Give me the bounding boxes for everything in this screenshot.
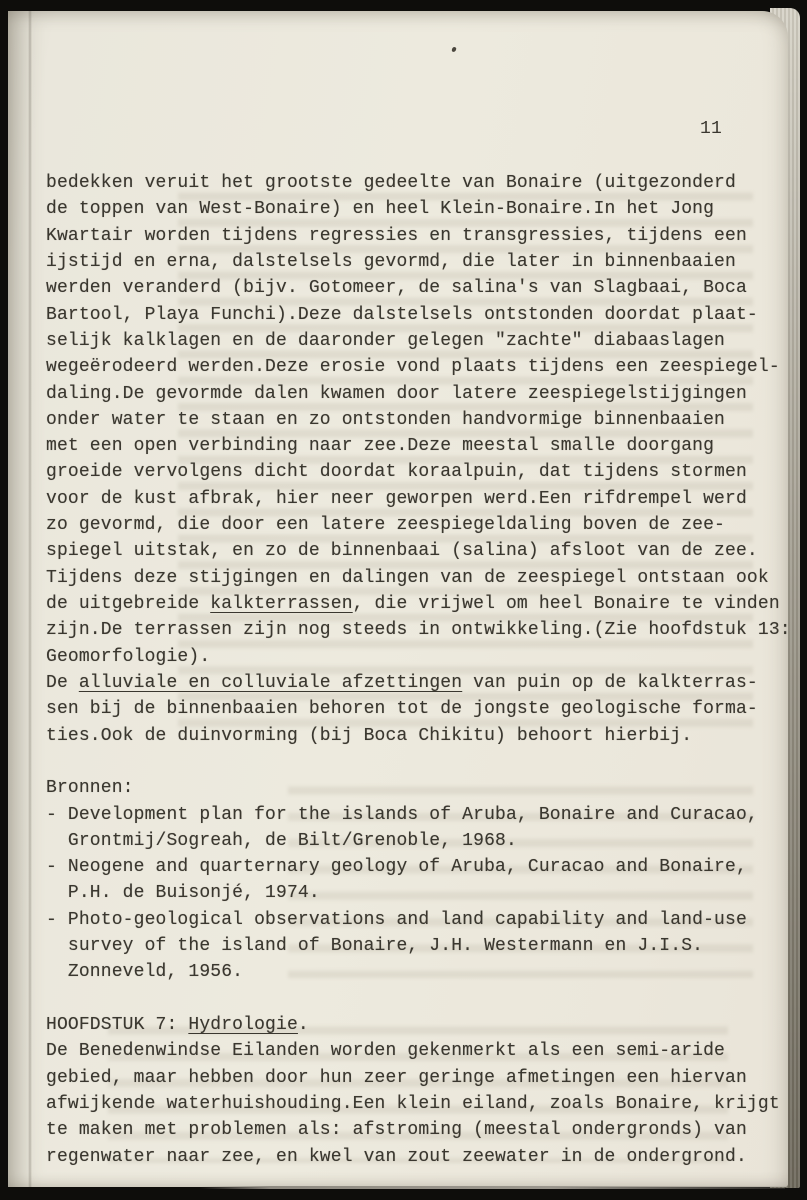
text-run: - Photo-geological observations and land… bbox=[46, 910, 747, 930]
text-run: wegeërodeerd werden.Deze erosie vond pla… bbox=[46, 357, 780, 377]
text-line: Zonneveld, 1956. bbox=[46, 962, 786, 988]
text-run: groeide vervolgens dicht doordat koraalp… bbox=[46, 462, 747, 482]
text-run: - Development plan for the islands of Ar… bbox=[46, 805, 758, 825]
text-line: Bronnen: bbox=[46, 778, 786, 804]
text-line: gebied, maar hebben door hun zeer gering… bbox=[46, 1068, 786, 1094]
text-run: daling.De gevormde dalen kwamen door lat… bbox=[46, 384, 747, 404]
text-line: Kwartair worden tijdens regressies en tr… bbox=[46, 226, 786, 252]
page-number: 11 bbox=[700, 119, 722, 139]
text-run: survey of the island of Bonaire, J.H. We… bbox=[46, 936, 703, 956]
text-run: De bbox=[46, 673, 79, 693]
text-run: Kwartair worden tijdens regressies en tr… bbox=[46, 226, 747, 246]
text-run: - Neogene and quarternary geology of Aru… bbox=[46, 857, 747, 877]
text-run: Zonneveld, 1956. bbox=[46, 962, 243, 982]
text-line: - Photo-geological observations and land… bbox=[46, 910, 786, 936]
text-line: groeide vervolgens dicht doordat koraalp… bbox=[46, 462, 786, 488]
page-bottom-edge bbox=[200, 1186, 785, 1189]
text-run: onder water te staan en zo ontstonden ha… bbox=[46, 410, 725, 430]
text-run: gebied, maar hebben door hun zeer gering… bbox=[46, 1068, 747, 1088]
text-line: Grontmij/Sogreah, de Bilt/Grenoble, 1968… bbox=[46, 831, 786, 857]
text-line: regenwater naar zee, en kwel van zout ze… bbox=[46, 1147, 786, 1173]
text-run: Bronnen: bbox=[46, 778, 134, 798]
text-run: Tijdens deze stijgingen en dalingen van … bbox=[46, 568, 769, 588]
text-line: voor de kust afbrak, hier neer geworpen … bbox=[46, 489, 786, 515]
scanned-book-photo: { "page": { "number": "11" }, "document"… bbox=[0, 0, 807, 1200]
text-run: zijn.De terrassen zijn nog steeds in ont… bbox=[46, 620, 791, 640]
text-run: zo gevormd, die door een latere zeespieg… bbox=[46, 515, 725, 535]
text-line: te maken met problemen als: afstroming (… bbox=[46, 1120, 786, 1146]
text-line: De Benedenwindse Eilanden worden gekenme… bbox=[46, 1041, 786, 1067]
text-line bbox=[46, 752, 786, 778]
text-block: bedekken veruit het grootste gedeelte va… bbox=[46, 173, 786, 1173]
text-run: P.H. de Buisonjé, 1974. bbox=[46, 883, 320, 903]
text-line: werden veranderd (bijv. Gotomeer, de sal… bbox=[46, 278, 786, 304]
text-run: de toppen van West-Bonaire) en heel Klei… bbox=[46, 199, 714, 219]
text-line: de toppen van West-Bonaire) en heel Klei… bbox=[46, 199, 786, 225]
text-line: spiegel uitstak, en zo de binnenbaai (sa… bbox=[46, 541, 786, 567]
text-line: de uitgebreide kalkterrassen, die vrijwe… bbox=[46, 594, 786, 620]
text-run: werden veranderd (bijv. Gotomeer, de sal… bbox=[46, 278, 747, 298]
underlined-term: Hydrologie bbox=[188, 1015, 298, 1035]
text-run: van puin op de kalkterras- bbox=[462, 673, 758, 693]
text-run: HOOFDSTUK 7: bbox=[46, 1015, 188, 1035]
binding-crease bbox=[28, 11, 32, 1187]
text-run: Bartool, Playa Funchi).Deze dalstelsels … bbox=[46, 305, 758, 325]
text-run: ties.Ook de duinvorming (bij Boca Chikit… bbox=[46, 726, 692, 746]
text-line: P.H. de Buisonjé, 1974. bbox=[46, 883, 786, 909]
text-run: Geomorfologie). bbox=[46, 647, 210, 667]
text-run: Grontmij/Sogreah, de Bilt/Grenoble, 1968… bbox=[46, 831, 517, 851]
text-line: Bartool, Playa Funchi).Deze dalstelsels … bbox=[46, 305, 786, 331]
text-line: bedekken veruit het grootste gedeelte va… bbox=[46, 173, 786, 199]
text-run: . bbox=[298, 1015, 309, 1035]
text-line: selijk kalklagen en de daaronder gelegen… bbox=[46, 331, 786, 357]
underlined-term: kalkterrassen bbox=[210, 594, 352, 614]
text-run: de uitgebreide bbox=[46, 594, 210, 614]
text-run: De Benedenwindse Eilanden worden gekenme… bbox=[46, 1041, 725, 1061]
text-run: met een open verbinding naar zee.Deze me… bbox=[46, 436, 714, 456]
text-run: ijstijd en erna, dalstelsels gevormd, di… bbox=[46, 252, 736, 272]
document-page: 11 bedekken veruit het grootste gedeelte… bbox=[8, 11, 788, 1187]
text-line: afwijkende waterhuishouding.Een klein ei… bbox=[46, 1094, 786, 1120]
text-line: - Development plan for the islands of Ar… bbox=[46, 805, 786, 831]
text-run: te maken met problemen als: afstroming (… bbox=[46, 1120, 747, 1140]
text-line: survey of the island of Bonaire, J.H. We… bbox=[46, 936, 786, 962]
text-line: met een open verbinding naar zee.Deze me… bbox=[46, 436, 786, 462]
text-run: afwijkende waterhuishouding.Een klein ei… bbox=[46, 1094, 780, 1114]
text-run: voor de kust afbrak, hier neer geworpen … bbox=[46, 489, 747, 509]
text-line bbox=[46, 989, 786, 1015]
text-line: daling.De gevormde dalen kwamen door lat… bbox=[46, 384, 786, 410]
text-line: zo gevormd, die door een latere zeespieg… bbox=[46, 515, 786, 541]
text-run: sen bij de binnenbaaien behoren tot de j… bbox=[46, 699, 758, 719]
text-line: - Neogene and quarternary geology of Aru… bbox=[46, 857, 786, 883]
underlined-term: alluviale en colluviale afzettingen bbox=[79, 673, 462, 693]
text-line: ties.Ook de duinvorming (bij Boca Chikit… bbox=[46, 726, 786, 752]
text-line: HOOFDSTUK 7: Hydrologie. bbox=[46, 1015, 786, 1041]
ink-speck bbox=[451, 47, 456, 53]
text-run: selijk kalklagen en de daaronder gelegen… bbox=[46, 331, 725, 351]
text-run: , die vrijwel om heel Bonaire te vinden bbox=[353, 594, 780, 614]
text-run: spiegel uitstak, en zo de binnenbaai (sa… bbox=[46, 541, 758, 561]
text-line: De alluviale en colluviale afzettingen v… bbox=[46, 673, 786, 699]
text-line: onder water te staan en zo ontstonden ha… bbox=[46, 410, 786, 436]
text-line: Geomorfologie). bbox=[46, 647, 786, 673]
text-line: sen bij de binnenbaaien behoren tot de j… bbox=[46, 699, 786, 725]
text-line: Tijdens deze stijgingen en dalingen van … bbox=[46, 568, 786, 594]
text-run: regenwater naar zee, en kwel van zout ze… bbox=[46, 1147, 747, 1167]
text-run: bedekken veruit het grootste gedeelte va… bbox=[46, 173, 736, 193]
text-line: zijn.De terrassen zijn nog steeds in ont… bbox=[46, 620, 786, 646]
text-line: ijstijd en erna, dalstelsels gevormd, di… bbox=[46, 252, 786, 278]
text-line: wegeërodeerd werden.Deze erosie vond pla… bbox=[46, 357, 786, 383]
